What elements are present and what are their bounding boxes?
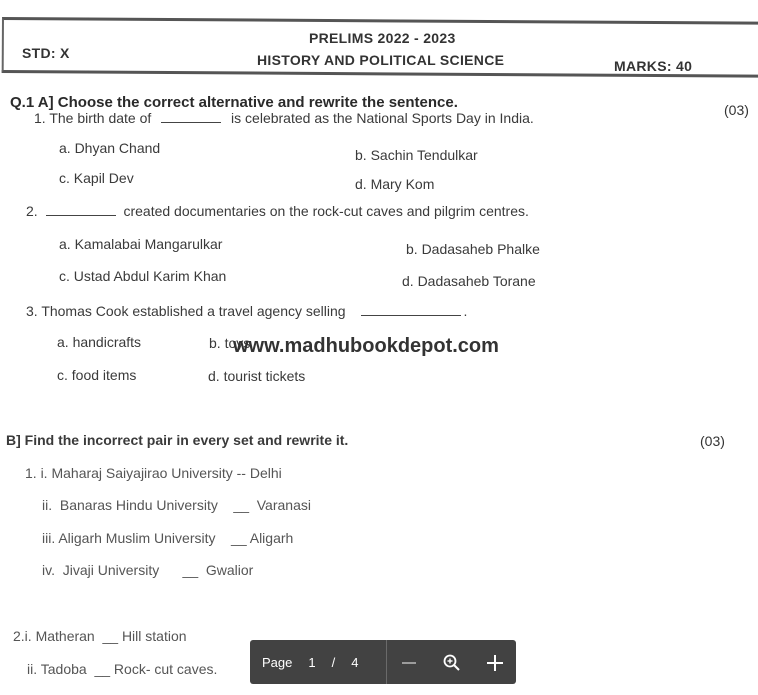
- page-separator: /: [332, 655, 336, 670]
- section-b-heading: B] Find the incorrect pair in every set …: [6, 432, 348, 448]
- option-1a: a. Dhyan Chand: [59, 140, 160, 156]
- question-1-text-end: is celebrated as the National Sports Day…: [231, 110, 534, 126]
- question-2: 2. created documentaries on the rock-cut…: [26, 203, 529, 219]
- current-page[interactable]: 1: [308, 655, 315, 670]
- pair-1-i: 1. i. Maharaj Saiyajirao University -- D…: [25, 465, 282, 481]
- pair-1-iii: iii. Aligarh Muslim University __ Aligar…: [42, 530, 293, 546]
- subject-title: HISTORY AND POLITICAL SCIENCE: [257, 52, 504, 68]
- total-pages: 4: [351, 655, 358, 670]
- option-2b: b. Dadasaheb Phalke: [406, 241, 540, 257]
- zoom-out-button[interactable]: [387, 640, 430, 684]
- std-label: STD: X: [22, 45, 70, 61]
- watermark: www.madhubookdepot.com: [233, 335, 499, 358]
- question-1: 1. The birth date of is celebrated as th…: [34, 110, 534, 126]
- option-3c: c. food items: [57, 367, 136, 383]
- option-2c: c. Ustad Abdul Karim Khan: [59, 268, 226, 284]
- answer-blank: [46, 205, 116, 216]
- question-3-text-start: 3. Thomas Cook established a travel agen…: [26, 303, 346, 319]
- option-1d: d. Mary Kom: [355, 176, 434, 192]
- plus-icon: [486, 654, 504, 672]
- page-indicator: Page 1 / 4: [250, 655, 386, 670]
- option-1c: c. Kapil Dev: [59, 170, 134, 186]
- question-3-text-end: .: [463, 303, 467, 319]
- minus-icon: [401, 655, 417, 671]
- pdf-toolbar: Page 1 / 4: [250, 640, 516, 684]
- option-1b: b. Sachin Tendulkar: [355, 147, 478, 163]
- answer-blank: [361, 305, 461, 316]
- pair-1-iv: iv. Jivaji University __ Gwalior: [42, 562, 253, 578]
- question-2-text-start: 2.: [26, 203, 38, 219]
- page-label: Page: [262, 655, 292, 670]
- option-2d: d. Dadasaheb Torane: [402, 273, 536, 289]
- pair-2-i: 2.i. Matheran __ Hill station: [13, 628, 187, 644]
- total-marks: MARKS: 40: [614, 58, 692, 74]
- pair-2-ii: ii. Tadoba __ Rock- cut caves.: [27, 661, 217, 677]
- zoom-in-button[interactable]: [473, 640, 516, 684]
- section-a-marks: (03): [724, 102, 749, 118]
- option-3a: a. handicrafts: [57, 334, 141, 350]
- question-2-text-end: created documentaries on the rock-cut ca…: [123, 203, 528, 219]
- option-3d: d. tourist tickets: [208, 368, 305, 384]
- option-2a: a. Kamalabai Mangarulkar: [59, 236, 222, 252]
- answer-blank: [161, 112, 221, 123]
- zoom-magnifier-icon: [443, 654, 461, 672]
- section-a-heading: Q.1 A] Choose the correct alternative an…: [10, 94, 458, 111]
- pair-1-ii: ii. Banaras Hindu University __ Varanasi: [42, 497, 311, 513]
- section-b-marks: (03): [700, 433, 725, 449]
- exam-title: PRELIMS 2022 - 2023: [309, 30, 456, 46]
- zoom-button[interactable]: [430, 640, 473, 684]
- question-3: 3. Thomas Cook established a travel agen…: [26, 303, 467, 319]
- question-1-text-start: 1. The birth date of: [34, 110, 151, 126]
